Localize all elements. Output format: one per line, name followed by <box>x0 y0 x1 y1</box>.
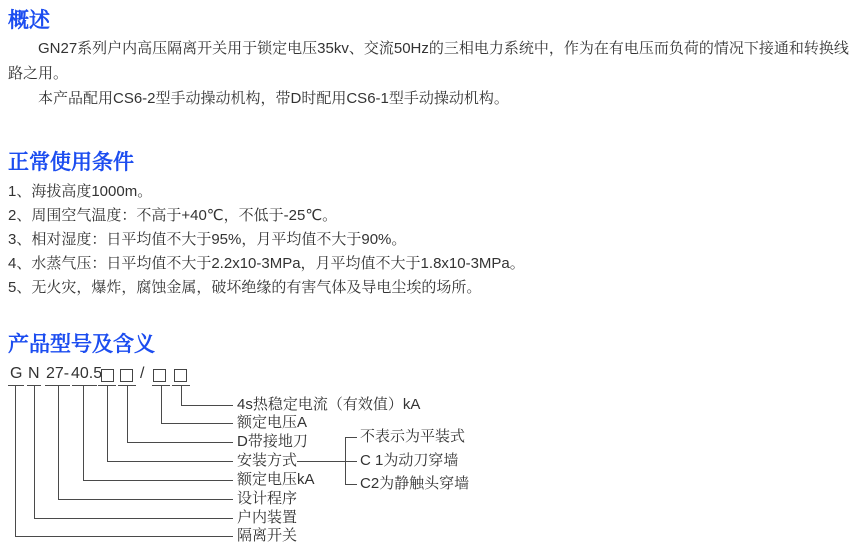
model-heading: 产品型号及含义 <box>8 328 155 358</box>
mount-option-c1: C 1为动刀穿墙 <box>360 452 458 470</box>
document-page: { "page": { "accent_color": "#1c4df0", "… <box>0 0 867 542</box>
leader-h-isolator <box>15 536 233 537</box>
leader-v-mount <box>107 386 108 461</box>
label-rated-voltage-ka: 额定电压kA <box>237 471 315 489</box>
label-earthing-knife: D带接地刀 <box>237 433 308 451</box>
condition-item-1: 1、海拔高度1000m。 <box>8 180 861 204</box>
leader-h-thermal <box>181 405 233 406</box>
label-mount-type: 安装方式 <box>237 452 297 470</box>
code-letter-n: N <box>28 365 40 383</box>
overview-paragraph-2: 本产品配用CS6-2型手动操动机构，带D时配用CS6-1型手动操动机构。 <box>8 86 861 111</box>
label-indoor-device: 户内装置 <box>237 509 297 527</box>
condition-item-5: 5、无火灾，爆炸，腐蚀金属，破坏绝缘的有害气体及导电尘埃的场所。 <box>8 276 861 300</box>
model-designation-diagram: G N 27- 40.5 / 4s热稳定电流（有效值）kA 额定电压A D带接地… <box>0 362 867 542</box>
condition-item-3: 3、相对湿度：日平均值不大于95%，月平均值不大于90%。 <box>8 228 861 252</box>
code-box-mount <box>101 369 114 382</box>
leader-h-earthing <box>127 442 233 443</box>
code-box-rated-current <box>153 369 166 382</box>
conditions-heading: 正常使用条件 <box>8 146 134 176</box>
leader-v-isolator <box>15 386 16 536</box>
leader-h-rated-a <box>161 423 233 424</box>
conditions-list: 1、海拔高度1000m。 2、周围空气温度：不高于+40℃，不低于-25℃。 3… <box>8 180 861 300</box>
leader-h-series <box>58 499 233 500</box>
leader-h-indoor <box>34 518 233 519</box>
code-box-earthing-knife <box>120 369 133 382</box>
condition-item-2: 2、周围空气温度：不高于+40℃，不低于-25℃。 <box>8 204 861 228</box>
label-rated-voltage-a: 额定电压A <box>237 414 307 432</box>
overview-heading: 概述 <box>8 4 50 34</box>
code-slash: / <box>140 365 144 383</box>
underline-g <box>8 385 24 386</box>
leader-h-mount <box>107 461 233 462</box>
mount-connector-line <box>297 461 345 462</box>
code-series: 27- <box>46 365 69 383</box>
leader-v-voltage <box>83 386 84 480</box>
label-design-series: 设计程序 <box>237 490 297 508</box>
mount-option-flat: 不表示为平装式 <box>360 428 465 446</box>
leader-v-earthing <box>127 386 128 442</box>
overview-paragraph-1: GN27系列户内高压隔离开关用于锁定电压35kv、交流50Hz的三相电力系统中，… <box>8 36 861 86</box>
condition-item-4: 4、水蒸气压：日平均值不大于2.2x10-3MPa，月平均值不大于1.8x10-… <box>8 252 861 276</box>
underline-voltage <box>72 385 97 386</box>
label-thermal-current: 4s热稳定电流（有效值）kA <box>237 396 420 414</box>
leader-v-series <box>58 386 59 499</box>
mount-option-c2: C2为静触头穿墙 <box>360 475 469 493</box>
mount-bracket-tick-mid <box>345 461 357 462</box>
code-letter-g: G <box>10 365 22 383</box>
code-box-thermal-current <box>174 369 187 382</box>
leader-v-indoor <box>34 386 35 518</box>
leader-h-voltage <box>83 480 233 481</box>
mount-bracket-tick-bottom <box>345 484 357 485</box>
label-isolating-switch: 隔离开关 <box>237 527 297 542</box>
leader-v-thermal <box>181 386 182 405</box>
code-voltage: 40.5 <box>71 365 102 383</box>
mount-bracket-tick-top <box>345 437 357 438</box>
leader-v-rated-a <box>161 386 162 423</box>
